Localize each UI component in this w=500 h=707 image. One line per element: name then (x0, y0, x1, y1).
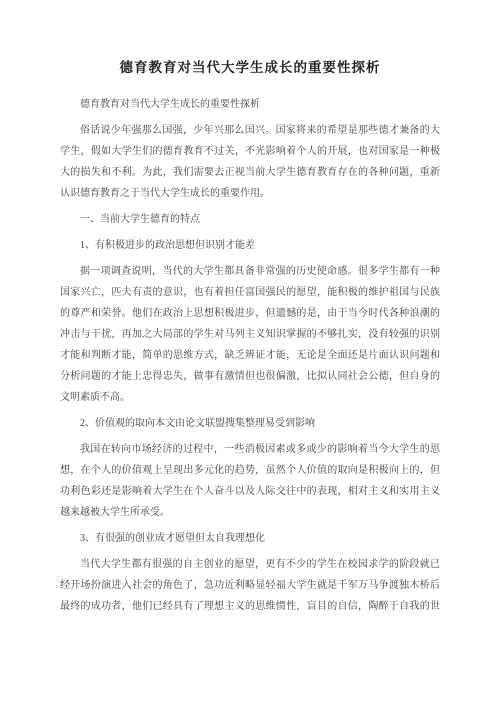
document-page: 德育教育对当代大学生成长的重要性探析 德育教育对当代大学生成长的重要性探析俗话说… (0, 0, 500, 707)
text-line: 我国在转向市场经济的过程中，一些消极因素或多或少的影响着当今大学生的思 (60, 439, 440, 460)
paragraph: 德育教育对当代大学生成长的重要性探析 (60, 94, 440, 115)
text-line: 认识德育教育之于当代大学生成长的重要作用。 (60, 183, 440, 204)
text-line: 经开场扮演进入社会的角色了，急功近利略显轻福大学生就是千军万马争渡独木桥后 (60, 575, 440, 596)
text-line: 1、有积极进步的政治思想但识别才能差 (60, 235, 440, 256)
text-line: 想，在个人的价值观上呈现出多元化的趋势，虽然个人价值的取向是积极向上的，但 (60, 460, 440, 481)
text-line: 分析问题的才能上忠得忠失，做事有激情但也很偏激，比拟认同社会公德，但自身的 (60, 366, 440, 387)
text-line: 3、有很强的创业成才愿望但太自我理想化 (60, 528, 440, 549)
text-line: 大的损失和不利。为此，我们需要去正视当前大学生德育教育存在的各种问题，重新 (60, 162, 440, 183)
text-line: 越来越被大学生所承受。 (60, 502, 440, 523)
text-line: 德育教育对当代大学生成长的重要性探析 (60, 94, 440, 115)
text-line: 2、价值观的取向本文由论文联盟搜集整理易受到影响 (60, 413, 440, 434)
text-line: 冲击与干扰，再加之大局部的学生对马列主义知识掌握的不够扎实，没有较强的识别 (60, 324, 440, 345)
document-title: 德育教育对当代大学生成长的重要性探析 (60, 56, 440, 80)
section-heading: 一、当前大学生德育的特点 (60, 209, 440, 230)
text-line: 国家兴亡，匹夫有责的意识，也有着担任富国强民的愿望，能积极的维护祖国与民族 (60, 282, 440, 303)
paragraph: 我国在转向市场经济的过程中，一些消极因素或多或少的影响着当今大学生的思想，在个人… (60, 439, 440, 523)
text-line: 的尊严和荣誉。他们在政治上思想积极进步，但遗憾的是，由于当今时代各种浪潮的 (60, 303, 440, 324)
paragraph: 当代大学生都有很强的自主创业的愿望，更有不少的学生在校园求学的阶段就已经开场扮演… (60, 554, 440, 617)
paragraph: 俗话说少年强那么国强，少年兴那么国兴。国家将来的希望是那些德才兼备的大学生，假如… (60, 120, 440, 204)
text-line: 最终的成功者，他们已经具有了理想主义的思维惯性，盲目的自信，陶醉于自我的世 (60, 596, 440, 617)
section-heading: 3、有很强的创业成才愿望但太自我理想化 (60, 528, 440, 549)
paragraph: 据一项调查说明，当代的大学生都具备非常强的历史使命感。很多学生都有一种国家兴亡，… (60, 261, 440, 408)
text-line: 当代大学生都有很强的自主创业的愿望，更有不少的学生在校园求学的阶段就已 (60, 554, 440, 575)
text-line: 俗话说少年强那么国强，少年兴那么国兴。国家将来的希望是那些德才兼备的大 (60, 120, 440, 141)
text-line: 据一项调查说明，当代的大学生都具备非常强的历史使命感。很多学生都有一种 (60, 261, 440, 282)
document-body: 德育教育对当代大学生成长的重要性探析俗话说少年强那么国强，少年兴那么国兴。国家将… (60, 94, 440, 617)
text-line: 一、当前大学生德育的特点 (60, 209, 440, 230)
text-line: 功利色彩还是影响着大学生在个人奋斗以及人际交往中的表现，相对主义和实用主义 (60, 481, 440, 502)
text-line: 才能和判断才能，简单的思维方式，缺乏辨证才能，无论是全面还是片面认识问题和 (60, 345, 440, 366)
text-line: 学生，假如大学生们的德育教育不过关，不光影响着个人的开展，也对国家是一种极 (60, 141, 440, 162)
section-heading: 2、价值观的取向本文由论文联盟搜集整理易受到影响 (60, 413, 440, 434)
text-line: 文明素质不高。 (60, 387, 440, 408)
section-heading: 1、有积极进步的政治思想但识别才能差 (60, 235, 440, 256)
